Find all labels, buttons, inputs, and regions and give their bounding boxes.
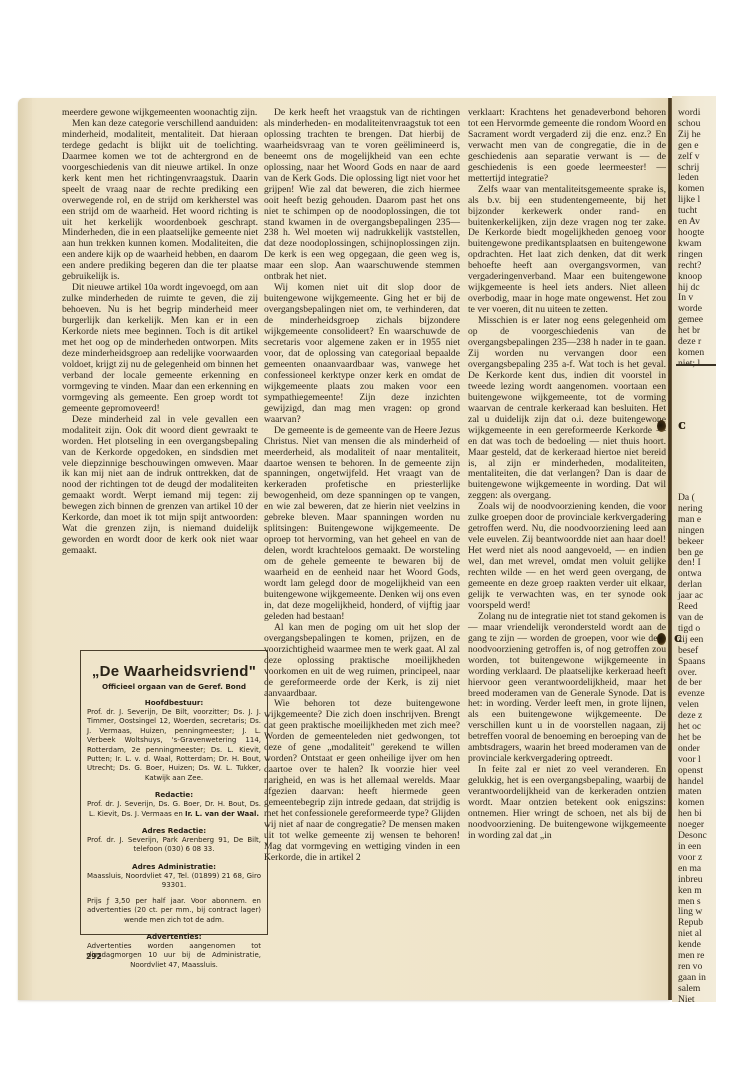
facing-page-line: ken m (678, 886, 707, 897)
facing-page-line: zelf v (678, 152, 704, 163)
article-column-1: meerdere gewone wijkgemeenten woonachtig… (62, 108, 258, 557)
masthead-title: „De Waarheidsvriend" (87, 663, 261, 680)
paragraph: Wie behoren tot deze buitengewone wijkge… (264, 699, 460, 863)
masthead-heading-board: Hoofdbestuur: (87, 698, 261, 707)
paragraph: Wij komen niet uit dit slop door de buit… (264, 283, 460, 425)
binding-hole-icon (657, 633, 666, 645)
masthead-heading-ads: Advertenties: (87, 932, 261, 941)
paragraph: Men kan deze categorie verschillend aand… (62, 119, 258, 283)
article-column-3: verklaart: Krachtens het genadeverbond b… (468, 108, 666, 842)
section-rule (676, 364, 716, 366)
facing-page-top-text: wordischouZij hegen ezelf vschrijledenko… (678, 108, 704, 370)
editors-last-name: Ir. L. van der Waal. (185, 810, 259, 818)
facing-page: wordischouZij hegen ezelf vschrijledenko… (672, 96, 716, 1002)
facing-page-line: knoop (678, 272, 704, 283)
facing-page-line: inbreu (678, 875, 707, 886)
masthead-heading-admin-address: Adres Administratie: (87, 862, 261, 871)
masthead-heading-editorial-address: Adres Redactie: (87, 826, 261, 835)
facing-page-line: bekeer (678, 537, 707, 548)
paragraph: Al kan men de poging om uit het slop der… (264, 623, 460, 700)
paragraph: Zolang nu de integratie niet tot stand g… (468, 612, 666, 765)
masthead-board-text: Prof. dr. J. Severijn, De Bilt, voorzitt… (87, 708, 261, 783)
masthead-editors-text: Prof. dr. J. Severijn, Ds. G. Boer, Dr. … (87, 800, 261, 819)
facing-page-line: besef (678, 646, 707, 657)
page-edge (18, 98, 32, 1000)
article-column-2: De kerk heeft het vraagstuk van de richt… (264, 108, 460, 864)
paragraph: verklaart: Krachtens het genadeverbond b… (468, 108, 666, 185)
paragraph: Zelfs waar van mentaliteitsgemeente spra… (468, 185, 666, 316)
curl-mark-icon: ᴄ (678, 418, 686, 433)
paragraph: De kerk heeft het vraagstuk van de richt… (264, 108, 460, 283)
masthead-price-text: Prijs ƒ 3,50 per half jaar. Voor abonnem… (87, 897, 261, 925)
paragraph: De gemeente is de gemeente van de Heere … (264, 426, 460, 623)
facing-page-line: Spaans (678, 657, 707, 668)
masthead-subtitle: Officieel orgaan van de Geref. Bond (87, 682, 261, 691)
paragraph: Zoals wij de noodvoorziening kenden, die… (468, 502, 666, 612)
paragraph: Dit nieuwe artikel 10a wordt ingevoegd, … (62, 283, 258, 414)
facing-page-bottom-text: Da (neringman eningenbekeerben geden! Io… (678, 493, 707, 1002)
facing-page-line: recht? (678, 261, 704, 272)
facing-page-line: ningen (678, 526, 707, 537)
masthead-editorial-address: Prof. dr. J. Severijn, Park Arenberg 91,… (87, 836, 261, 855)
paragraph: Misschien is er later nog eens gelegenhe… (468, 316, 666, 502)
facing-page-line: gen e (678, 141, 704, 152)
paragraph: Deze minderheid zal in vele gevallen een… (62, 415, 258, 557)
masthead-heading-editors: Redactie: (87, 790, 261, 799)
binding-hole-icon (657, 420, 666, 432)
facing-page-line: Niet (678, 995, 707, 1002)
paragraph: In feite zal er niet zo veel veranderen.… (468, 765, 666, 842)
facing-page-line: openst (678, 766, 707, 777)
masthead-ads-text: Advertenties worden aangenomen tot dinsd… (87, 942, 261, 970)
masthead-box: „De Waarheidsvriend" Officieel orgaan va… (80, 650, 268, 935)
page-number: 292 (86, 952, 102, 961)
masthead-admin-address: Maassluis, Noordvliet 47, Tel. (01899) 2… (87, 872, 261, 891)
